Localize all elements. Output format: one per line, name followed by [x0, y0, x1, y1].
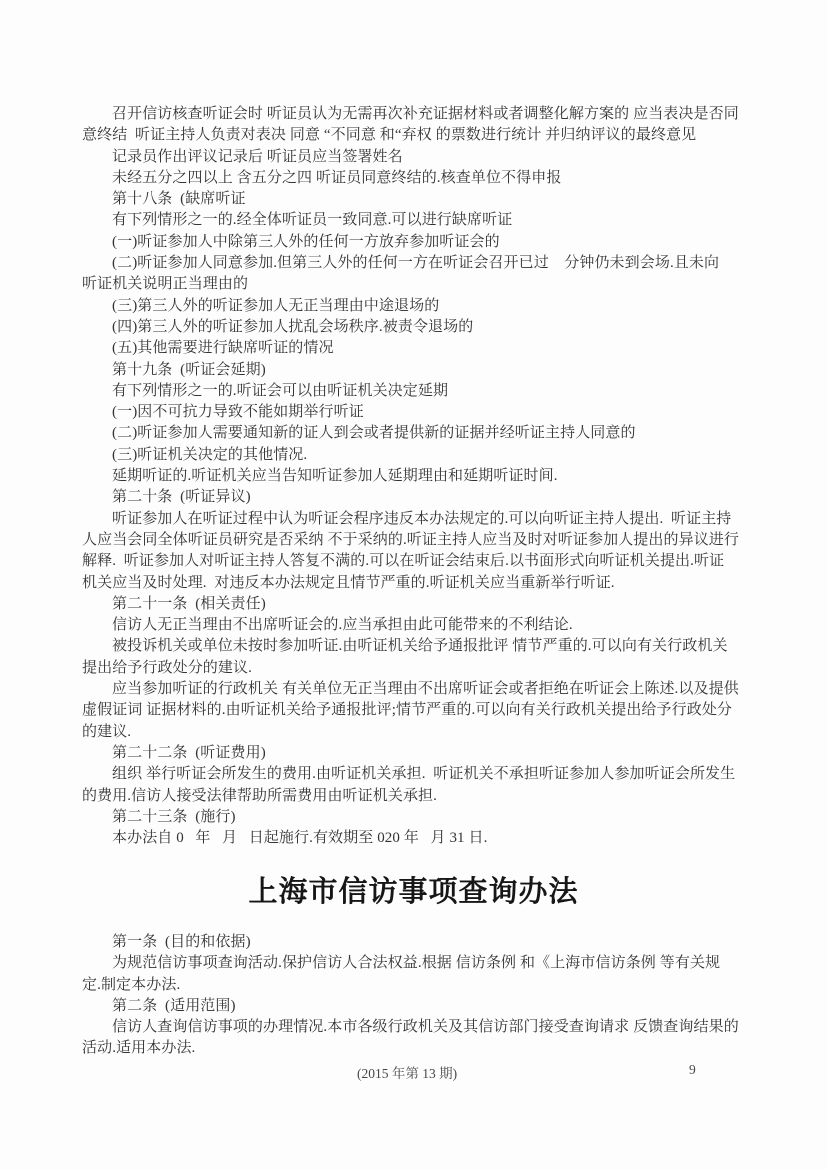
text-line: (一)因不可抗力导致不能如期举行听证	[82, 402, 739, 423]
document-page: 召开信访核查听证会时 听证员认为无需再次补充证据材料或者调整化解方案的 应当表决…	[0, 0, 827, 1170]
text-line: 应当参加听证的行政机关 有关单位无正当理由不出席听证会或者拒绝在听证会上陈述.以…	[82, 679, 739, 700]
text-line: 虚假证词 证据材料的.由听证机关给予通报批评;情节严重的.可以向有关行政机关提出…	[82, 700, 739, 721]
text-line: 第二十一条 (相关责任)	[82, 594, 739, 615]
text-line: 的建议.	[82, 722, 739, 743]
text-line: 第二十条 (听证异议)	[82, 487, 739, 508]
text-line: 解释. 听证参加人对听证主持人答复不满的.可以在听证会结束后.以书面形式向听证机…	[82, 551, 739, 572]
text-line: (三)听证机关决定的其他情况.	[82, 445, 739, 466]
text-line: (二)听证参加人需要通知新的证人到会或者提供新的证据并经听证主持人同意的	[82, 423, 739, 444]
text-line: 本办法自 0 年 月 日起施行.有效期至 020 年 月 31 日.	[82, 828, 739, 849]
query-measures-text-block: 第一条 (目的和依据)为规范信访事项查询活动.保护信访人合法权益.根据 信访条例…	[82, 932, 739, 1060]
text-line: (一)听证参加人中除第三人外的任何一方放弃参加听证会的	[82, 232, 739, 253]
page-number: 9	[689, 1062, 696, 1078]
text-line: (五)其他需要进行缺席听证的情况	[82, 338, 739, 359]
text-line: 召开信访核查听证会时 听证员认为无需再次补充证据材料或者调整化解方案的 应当表决…	[82, 104, 739, 125]
footer-issue-label: (2015 年第 13 期)	[357, 1062, 457, 1082]
text-line: 第十八条 (缺席听证	[82, 189, 739, 210]
text-line: 被投诉机关或单位未按时参加听证.由听证机关给予通报批评 情节严重的.可以向有关行…	[82, 636, 739, 657]
text-line: 机关应当及时处理. 对违反本办法规定且情节严重的.听证机关应当重新举行听证.	[82, 573, 739, 594]
text-line: 听证参加人在听证过程中认为听证会程序违反本办法规定的.可以向听证主持人提出. 听…	[82, 509, 739, 530]
hearing-measures-text-block: 召开信访核查听证会时 听证员认为无需再次补充证据材料或者调整化解方案的 应当表决…	[82, 104, 739, 849]
text-line: 组织 举行听证会所发生的费用.由听证机关承担. 听证机关不承担听证参加人参加听证…	[82, 764, 739, 785]
text-line: 延期听证的.听证机关应当告知听证参加人延期理由和延期听证时间.	[82, 466, 739, 487]
text-line: 听证机关说明正当理由的	[82, 274, 739, 295]
text-line: 第二条 (适用范围)	[82, 996, 739, 1017]
text-line: 未经五分之四以上 含五分之四 听证员同意终结的.核查单位不得申报	[82, 168, 739, 189]
text-line: 有下列情形之一的.听证会可以由听证机关决定延期	[82, 381, 739, 402]
text-line: 第十九条 (听证会延期)	[82, 360, 739, 381]
text-line: 意终结 听证主持人负责对表决 同意 “不同意 和“弃权 的票数进行统计 并归纳评…	[82, 125, 739, 146]
text-line: 定.制定本办法.	[82, 975, 739, 996]
text-line: (四)第三人外的听证参加人扰乱会场秩序.被责令退场的	[82, 317, 739, 338]
text-line: 信访人无正当理由不出席听证会的.应当承担由此可能带来的不利结论.	[82, 615, 739, 636]
text-line: 第一条 (目的和依据)	[82, 932, 739, 953]
text-line: 有下列情形之一的.经全体听证员一致同意.可以进行缺席听证	[82, 210, 739, 231]
text-line: 的费用.信访人接受法律帮助所需费用由听证机关承担.	[82, 786, 739, 807]
text-line: 第二十三条 (施行)	[82, 807, 739, 828]
text-line: 提出给予行政处分的建议.	[82, 658, 739, 679]
text-line: 记录员作出评议记录后 听证员应当签署姓名	[82, 147, 739, 168]
text-line: 信访人查询信访事项的办理情况.本市各级行政机关及其信访部门接受查询请求 反馈查询…	[82, 1017, 739, 1038]
text-line: (三)第三人外的听证参加人无正当理由中途退场的	[82, 296, 739, 317]
text-line: 活动.适用本办法.	[82, 1038, 739, 1059]
document-title: 上海市信访事项查询办法	[0, 869, 827, 910]
text-line: (二)听证参加人同意参加.但第三人外的任何一方在听证会召开已过 分钟仍未到会场.…	[82, 253, 739, 274]
text-line: 人应当会同全体听证员研究是否采纳 不于采纳的.听证主持人应当及时对听证参加人提出…	[82, 530, 739, 551]
text-line: 第二十二条 (听证费用)	[82, 743, 739, 764]
text-line: 为规范信访事项查询活动.保护信访人合法权益.根据 信访条例 和《上海市信访条例 …	[82, 953, 739, 974]
